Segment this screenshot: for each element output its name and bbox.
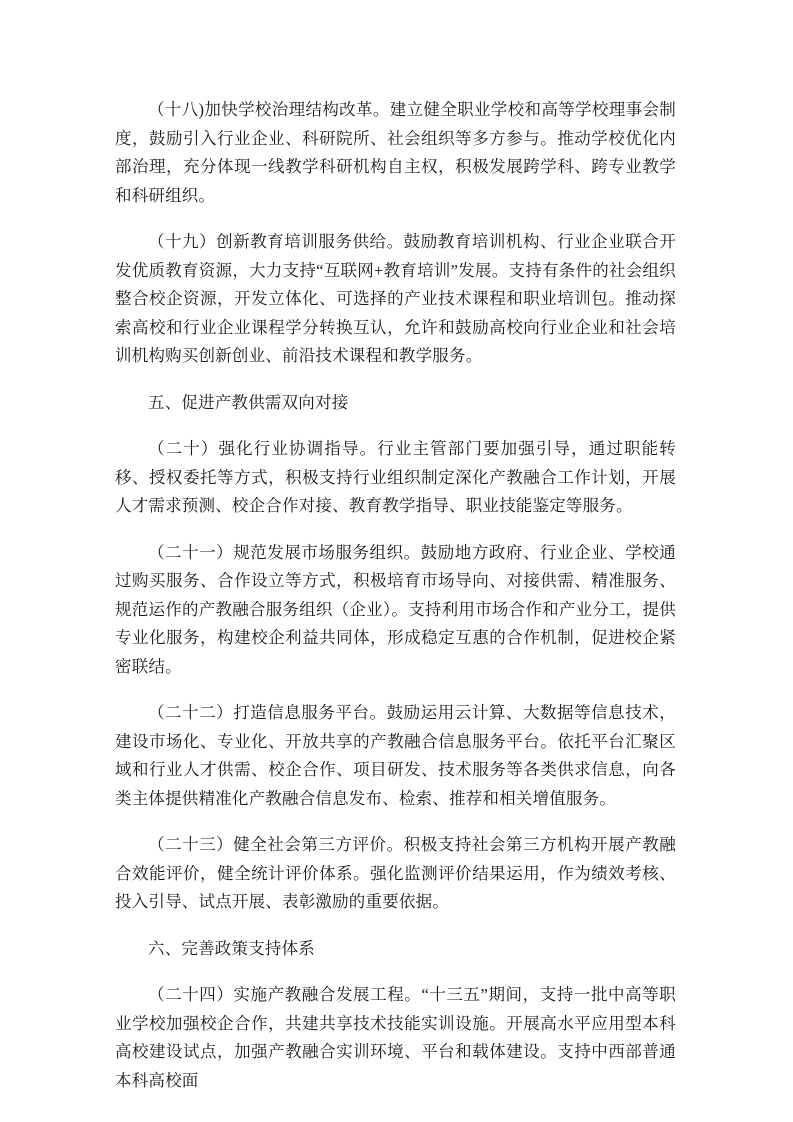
paragraph-22: （二十二）打造信息服务平台。鼓励运用云计算、大数据等信息技术，建设市场化、专业化… [115, 699, 676, 813]
paragraph-18: （十八)加快学校治理结构改革。建立健全职业学校和高等学校理事会制度，鼓励引入行业… [115, 96, 676, 210]
section-heading-6: 六、完善政策支持体系 [115, 935, 676, 964]
paragraph-20: （二十）强化行业协调指导。行业主管部门要加强引导，通过职能转移、授权委托等方式，… [115, 435, 676, 521]
section-heading-5: 五、促进产教供需双向对接 [115, 389, 676, 418]
paragraph-21: （二十一）规范发展市场服务组织。鼓励地方政府、行业企业、学校通过购买服务、合作设… [115, 539, 676, 682]
document-page: （十八)加快学校治理结构改革。建立健全职业学校和高等学校理事会制度，鼓励引入行业… [0, 0, 793, 1122]
paragraph-24: （二十四）实施产教融合发展工程。“十三五”期间，支持一批中高等职业学校加强校企合… [115, 981, 676, 1095]
paragraph-23: （二十三）健全社会第三方评价。积极支持社会第三方机构开展产教融合效能评价，健全统… [115, 831, 676, 917]
paragraph-19: （十九）创新教育培训服务供给。鼓励教育培训机构、行业企业联合开发优质教育资源，大… [115, 228, 676, 371]
